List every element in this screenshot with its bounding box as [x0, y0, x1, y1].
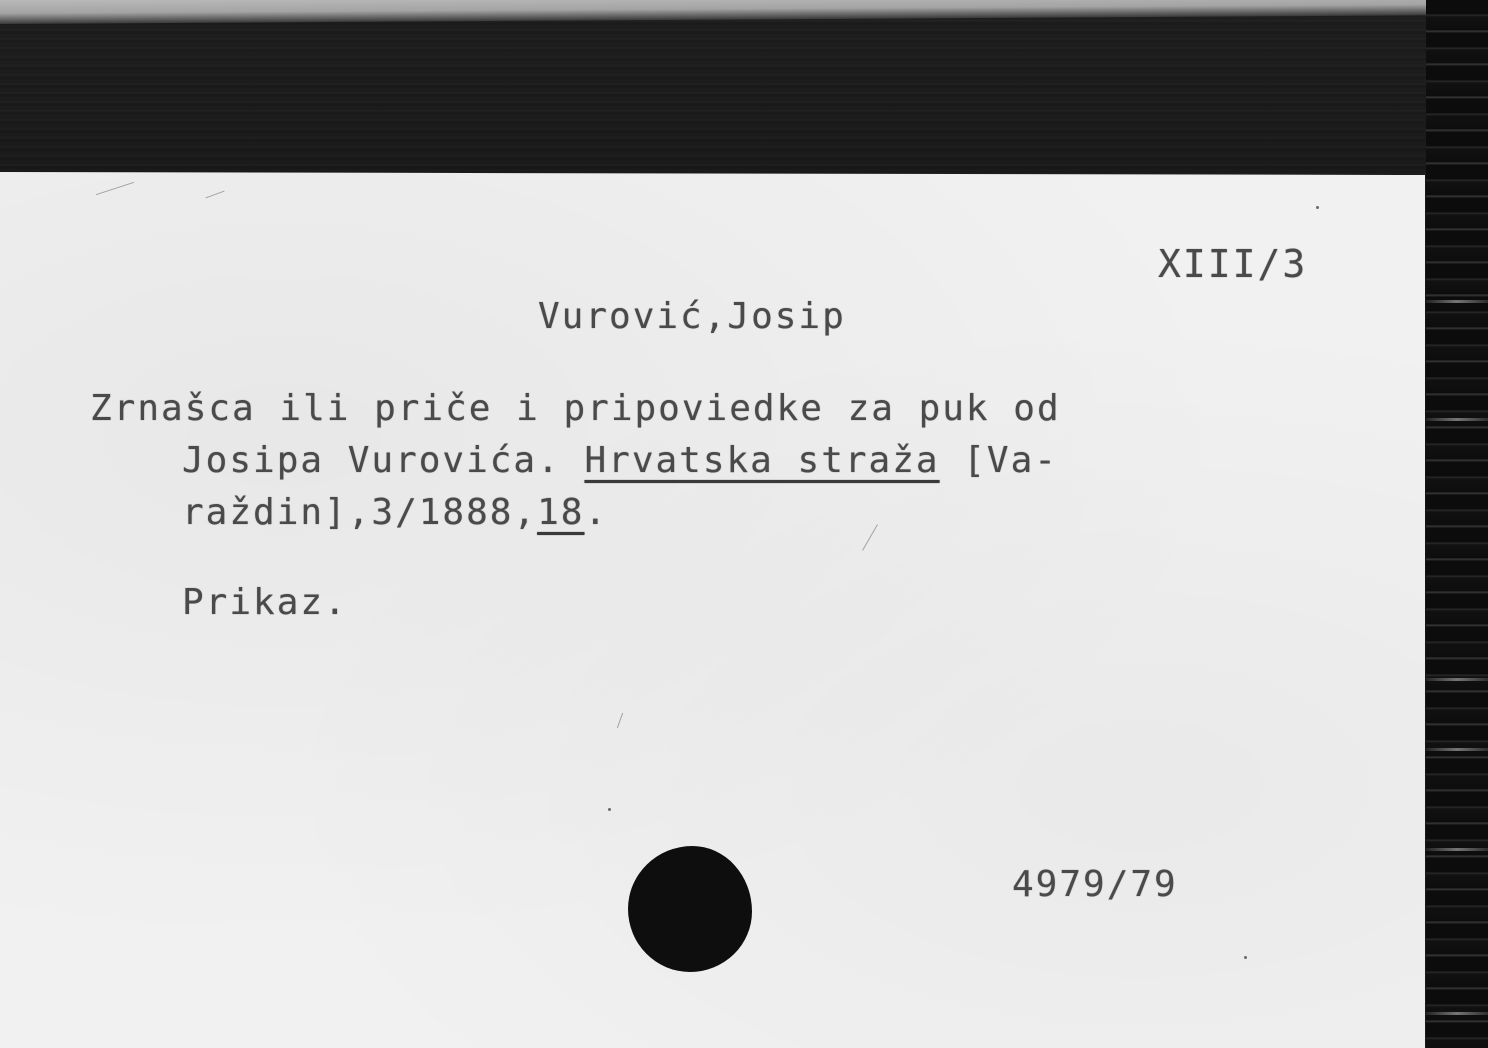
catalog-card: XIII/3 Vurović,Josip Zrnašca ili priče i… — [0, 172, 1425, 1048]
punch-hole — [628, 846, 752, 972]
issue-number: 18 — [537, 492, 584, 533]
note: Prikaz. — [182, 582, 348, 623]
scratch-mark — [96, 182, 134, 195]
scanner-top-band — [0, 0, 1488, 24]
speck — [608, 808, 611, 811]
scratch-mark — [617, 713, 623, 728]
citation-place-open: [Va- — [940, 440, 1058, 481]
citation-place-volume: raždin],3/1888, — [182, 492, 537, 533]
call-number: XIII/3 — [1158, 242, 1307, 286]
citation-end: . — [584, 492, 608, 533]
author-heading: Vurović,Josip — [538, 296, 846, 337]
speck — [1244, 956, 1247, 959]
scratch-mark — [205, 191, 224, 199]
citation-line-2: Josipa Vurovića. Hrvatska straža [Va- — [182, 440, 1058, 481]
citation-author: Josipa Vurovića. — [182, 440, 584, 481]
journal-title: Hrvatska straža — [584, 440, 939, 481]
scratch-mark — [862, 524, 878, 550]
scanned-card-image: XIII/3 Vurović,Josip Zrnašca ili priče i… — [0, 0, 1488, 1048]
citation-line-1: Zrnašca ili priče i pripoviedke za puk o… — [90, 388, 1061, 429]
citation-line-3: raždin],3/1888,18. — [182, 492, 608, 533]
accession-number: 4979/79 — [1012, 864, 1178, 905]
scanner-right-strip — [1426, 0, 1488, 1048]
speck — [1316, 206, 1319, 209]
